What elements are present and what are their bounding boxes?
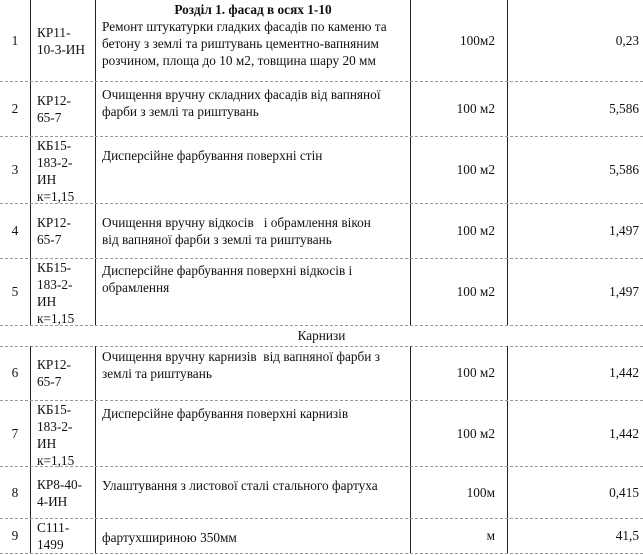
row-number: 7 — [0, 401, 30, 466]
unit: 100 м2 — [410, 401, 508, 466]
quantity: 0,415 — [508, 467, 643, 518]
quantity: 1,442 — [508, 346, 643, 400]
unit: м — [410, 519, 508, 553]
table-row: 9С111-1499фартухшириною 350ммм41,5 — [0, 519, 643, 554]
quantity: 1,497 — [508, 204, 643, 258]
row-number: 6 — [0, 346, 30, 400]
quantity: 1,497 — [508, 259, 643, 325]
unit: 100 м2 — [410, 346, 508, 400]
row-number: 5 — [0, 259, 30, 325]
quantity: 41,5 — [508, 519, 643, 553]
unit: 100 м2 — [410, 137, 508, 203]
table-row: 5КБ15-183-2-ИНк=1,15Дисперсійне фарбуван… — [0, 259, 643, 326]
rate-code: КР12-65-7 — [30, 204, 96, 258]
table-row: 7КБ15-183-2-ИНк=1,15Дисперсійне фарбуван… — [0, 401, 643, 467]
table-row: 6КР12-65-7Очищення вручну карнизів від в… — [0, 346, 643, 401]
unit: 100 м2 — [410, 82, 508, 136]
unit: 100м2 — [410, 0, 508, 81]
quantity: 5,586 — [508, 82, 643, 136]
table-row: 3КБ15-183-2-ИНк=1,15Дисперсійне фарбуван… — [0, 137, 643, 204]
subsection-title: Карнизи — [0, 327, 643, 347]
row-number: 2 — [0, 82, 30, 136]
table-row: 1КР11-10-3-ИНРемонт штукатурки гладких ф… — [0, 0, 643, 82]
rate-code: КБ15-183-2-ИНк=1,15 — [30, 401, 96, 466]
rate-code: КР12-65-7 — [30, 82, 96, 136]
row-number: 4 — [0, 204, 30, 258]
rate-code: КБ15-183-2-ИНк=1,15 — [30, 137, 96, 203]
row-number: 3 — [0, 137, 30, 203]
table-row: 8КР8-40-4-ИНУлаштування з листової сталі… — [0, 467, 643, 519]
quantity: 0,23 — [508, 0, 643, 81]
table-row: 2КР12-65-7Очищення вручну складних фасад… — [0, 82, 643, 137]
rate-code: С111-1499 — [30, 519, 96, 553]
rate-code: КБ15-183-2-ИНк=1,15 — [30, 259, 96, 325]
quantity: 1,442 — [508, 401, 643, 466]
table-row: 4КР12-65-7Очищення вручну відкосів і обр… — [0, 204, 643, 259]
row-number: 9 — [0, 519, 30, 553]
quantity: 5,586 — [508, 137, 643, 203]
row-number: 8 — [0, 467, 30, 518]
unit: 100м — [410, 467, 508, 518]
rate-code: КР8-40-4-ИН — [30, 467, 96, 518]
unit: 100 м2 — [410, 259, 508, 325]
rate-code: КР11-10-3-ИН — [30, 0, 96, 81]
row-number: 1 — [0, 0, 30, 81]
rate-code: КР12-65-7 — [30, 346, 96, 400]
unit: 100 м2 — [410, 204, 508, 258]
